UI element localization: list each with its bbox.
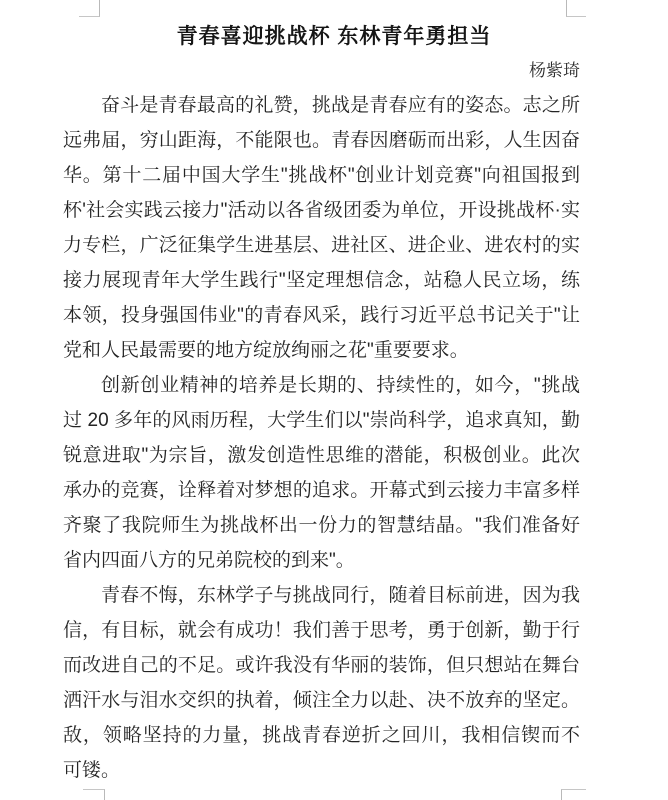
body-line: 信，有目标，就会有成功！我们善于思考，勇于创新，勤于行动，进 [63,613,580,648]
body-line: 华。第十二届中国大学生"挑战杯"创业计划竞赛"向祖国报到——'挑战 [63,158,580,193]
body-line: 青春不悔，东林学子与挑战同行，随着目标前进，因为我们坚 [63,578,580,613]
document-body: 奋斗是青春最高的礼赞，挑战是青春应有的姿态。志之所趋，无远弗届，穷山距海，不能限… [63,88,580,788]
paragraph: 创新创业精神的培养是长期的、持续性的，如今，"挑战杯"已走过 20 多年的风雨历… [63,368,580,578]
text-boundary-mark-top-right [566,0,586,17]
body-line: 而改进自己的不足。或许我没有华丽的装饰，但只想站在舞台上，挥 [63,648,580,683]
body-line: 洒汗水与泪水交织的执着，倾注全力以赴、决不放弃的坚定。挑战无 [63,683,580,718]
body-line: 力专栏，广泛征集学生进基层、进社区、进企业、进农村的实践故事， [63,228,580,263]
author-name: 杨紫琦 [63,56,580,81]
document-page: 青春喜迎挑战杯 东林青年勇担当 杨紫琦 奋斗是青春最高的礼赞，挑战是青春应有的姿… [0,0,668,800]
text-boundary-mark-top-left [79,0,100,17]
body-line: 杯'社会实践云接力"活动以各省级团委为单位，开设挑战杯·实践云接 [63,193,580,228]
body-line: 奋斗是青春最高的礼赞，挑战是青春应有的姿态。志之所趋，无 [63,88,580,123]
text-boundary-mark-bottom-left [83,789,105,800]
body-line: 承办的竞赛，诠释着对梦想的追求。开幕式到云接力丰富多样的形式， [63,473,580,508]
paragraph: 奋斗是青春最高的礼赞，挑战是青春应有的姿态。志之所趋，无远弗届，穷山距海，不能限… [63,88,580,368]
body-line: 敌，领略坚持的力量，挑战青春逆折之回川，我相信锲而不舍，金石 [63,718,580,753]
text-boundary-mark-bottom-right [561,789,586,800]
body-line: 接力展现青年大学生践行"坚定理想信念，站稳人民立场，练就过硬 [63,263,580,298]
body-line: 可镂。 [63,753,580,788]
body-line: 过 20 多年的风雨历程，大学生们以"崇尚科学，追求真知，勤奋好学， [63,403,580,438]
body-line: 本领，投身强国伟业"的青春风采，践行习近平总书记关于"让青春在 [63,298,580,333]
body-line: 远弗届，穷山距海，不能限也。青春因磨砺而出彩，人生因奋斗而升 [63,123,580,158]
body-line: 创新创业精神的培养是长期的、持续性的，如今，"挑战杯"已走 [63,368,580,403]
body-line: 锐意进取"为宗旨，激发创造性思维的潜能，积极创业。此次由我校 [63,438,580,473]
body-line: 齐聚了我院师生为挑战杯出一份力的智慧结晶。"我们准备好了，欢迎 [63,508,580,543]
body-line: 党和人民最需要的地方绽放绚丽之花"重要要求。 [63,333,580,368]
body-line: 省内四面八方的兄弟院校的到来"。 [63,543,580,578]
document-title: 青春喜迎挑战杯 东林青年勇担当 [0,20,668,50]
paragraph: 青春不悔，东林学子与挑战同行，随着目标前进，因为我们坚信，有目标，就会有成功！我… [63,578,580,788]
